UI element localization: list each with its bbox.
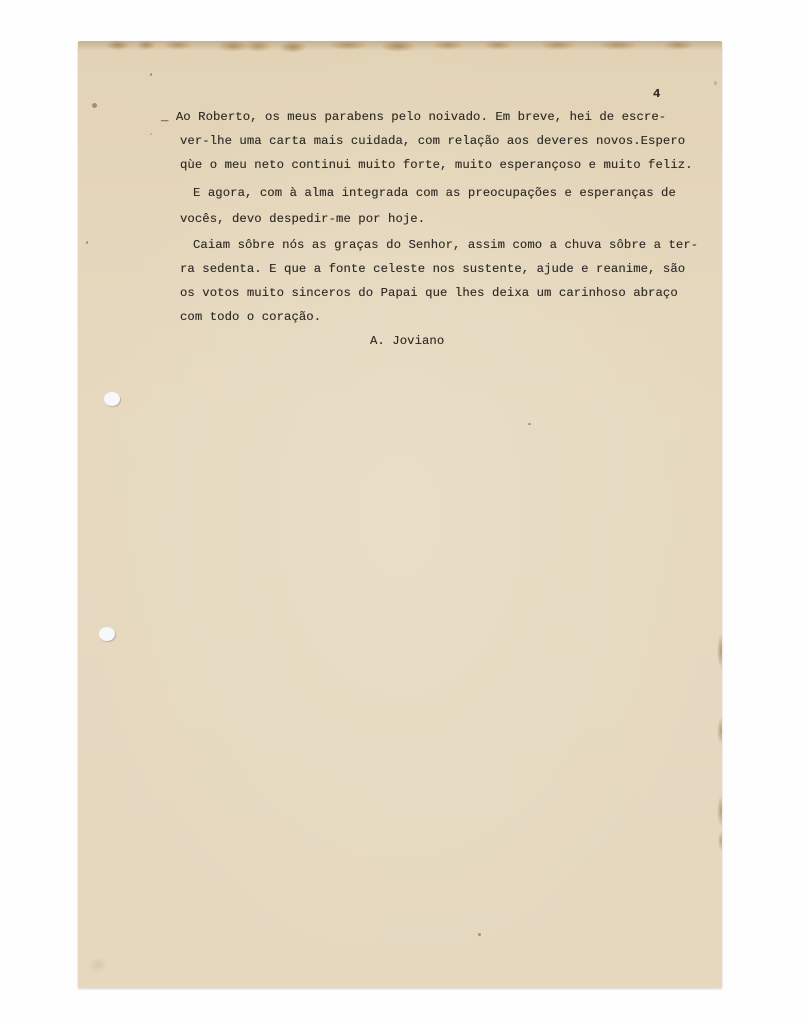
letter-line-7: ra sedenta. E que a fonte celeste nos su… <box>180 263 685 275</box>
foxing-stain-top <box>78 41 722 55</box>
page-number: 4 <box>653 88 660 100</box>
letter-line-5: vocês, devo despedir-me por hoje. <box>180 213 425 225</box>
letter-line-8: os votos muito sinceros do Papai que lhe… <box>180 287 678 299</box>
ink-speck <box>150 73 152 76</box>
foxing-stain-right <box>714 41 722 988</box>
ink-speck <box>478 933 481 936</box>
letter-line-1: _ Ao Roberto, os meus parabens pelo noiv… <box>161 111 666 123</box>
punch-hole-upper <box>104 392 120 406</box>
ink-speck <box>92 103 97 108</box>
punch-hole-lower <box>99 627 115 641</box>
ink-speck <box>150 133 152 135</box>
ink-speck <box>528 423 531 425</box>
ink-speck <box>714 81 717 85</box>
letter-line-3: qùe o meu neto continui muito forte, mui… <box>180 159 693 171</box>
letter-page: 4 _ Ao Roberto, os meus parabens pelo no… <box>78 41 722 988</box>
letter-line-6: Caiam sôbre nós as graças do Senhor, ass… <box>193 239 698 251</box>
letter-line-2: ver-lhe uma carta mais cuidada, com rela… <box>180 135 685 147</box>
letter-line-4: E agora, com à alma integrada com as pre… <box>193 187 676 199</box>
ink-speck <box>86 241 88 244</box>
signature: A. Joviano <box>370 335 444 347</box>
pencil-smudge <box>88 956 108 974</box>
letter-line-9: com todo o coração. <box>180 311 321 323</box>
